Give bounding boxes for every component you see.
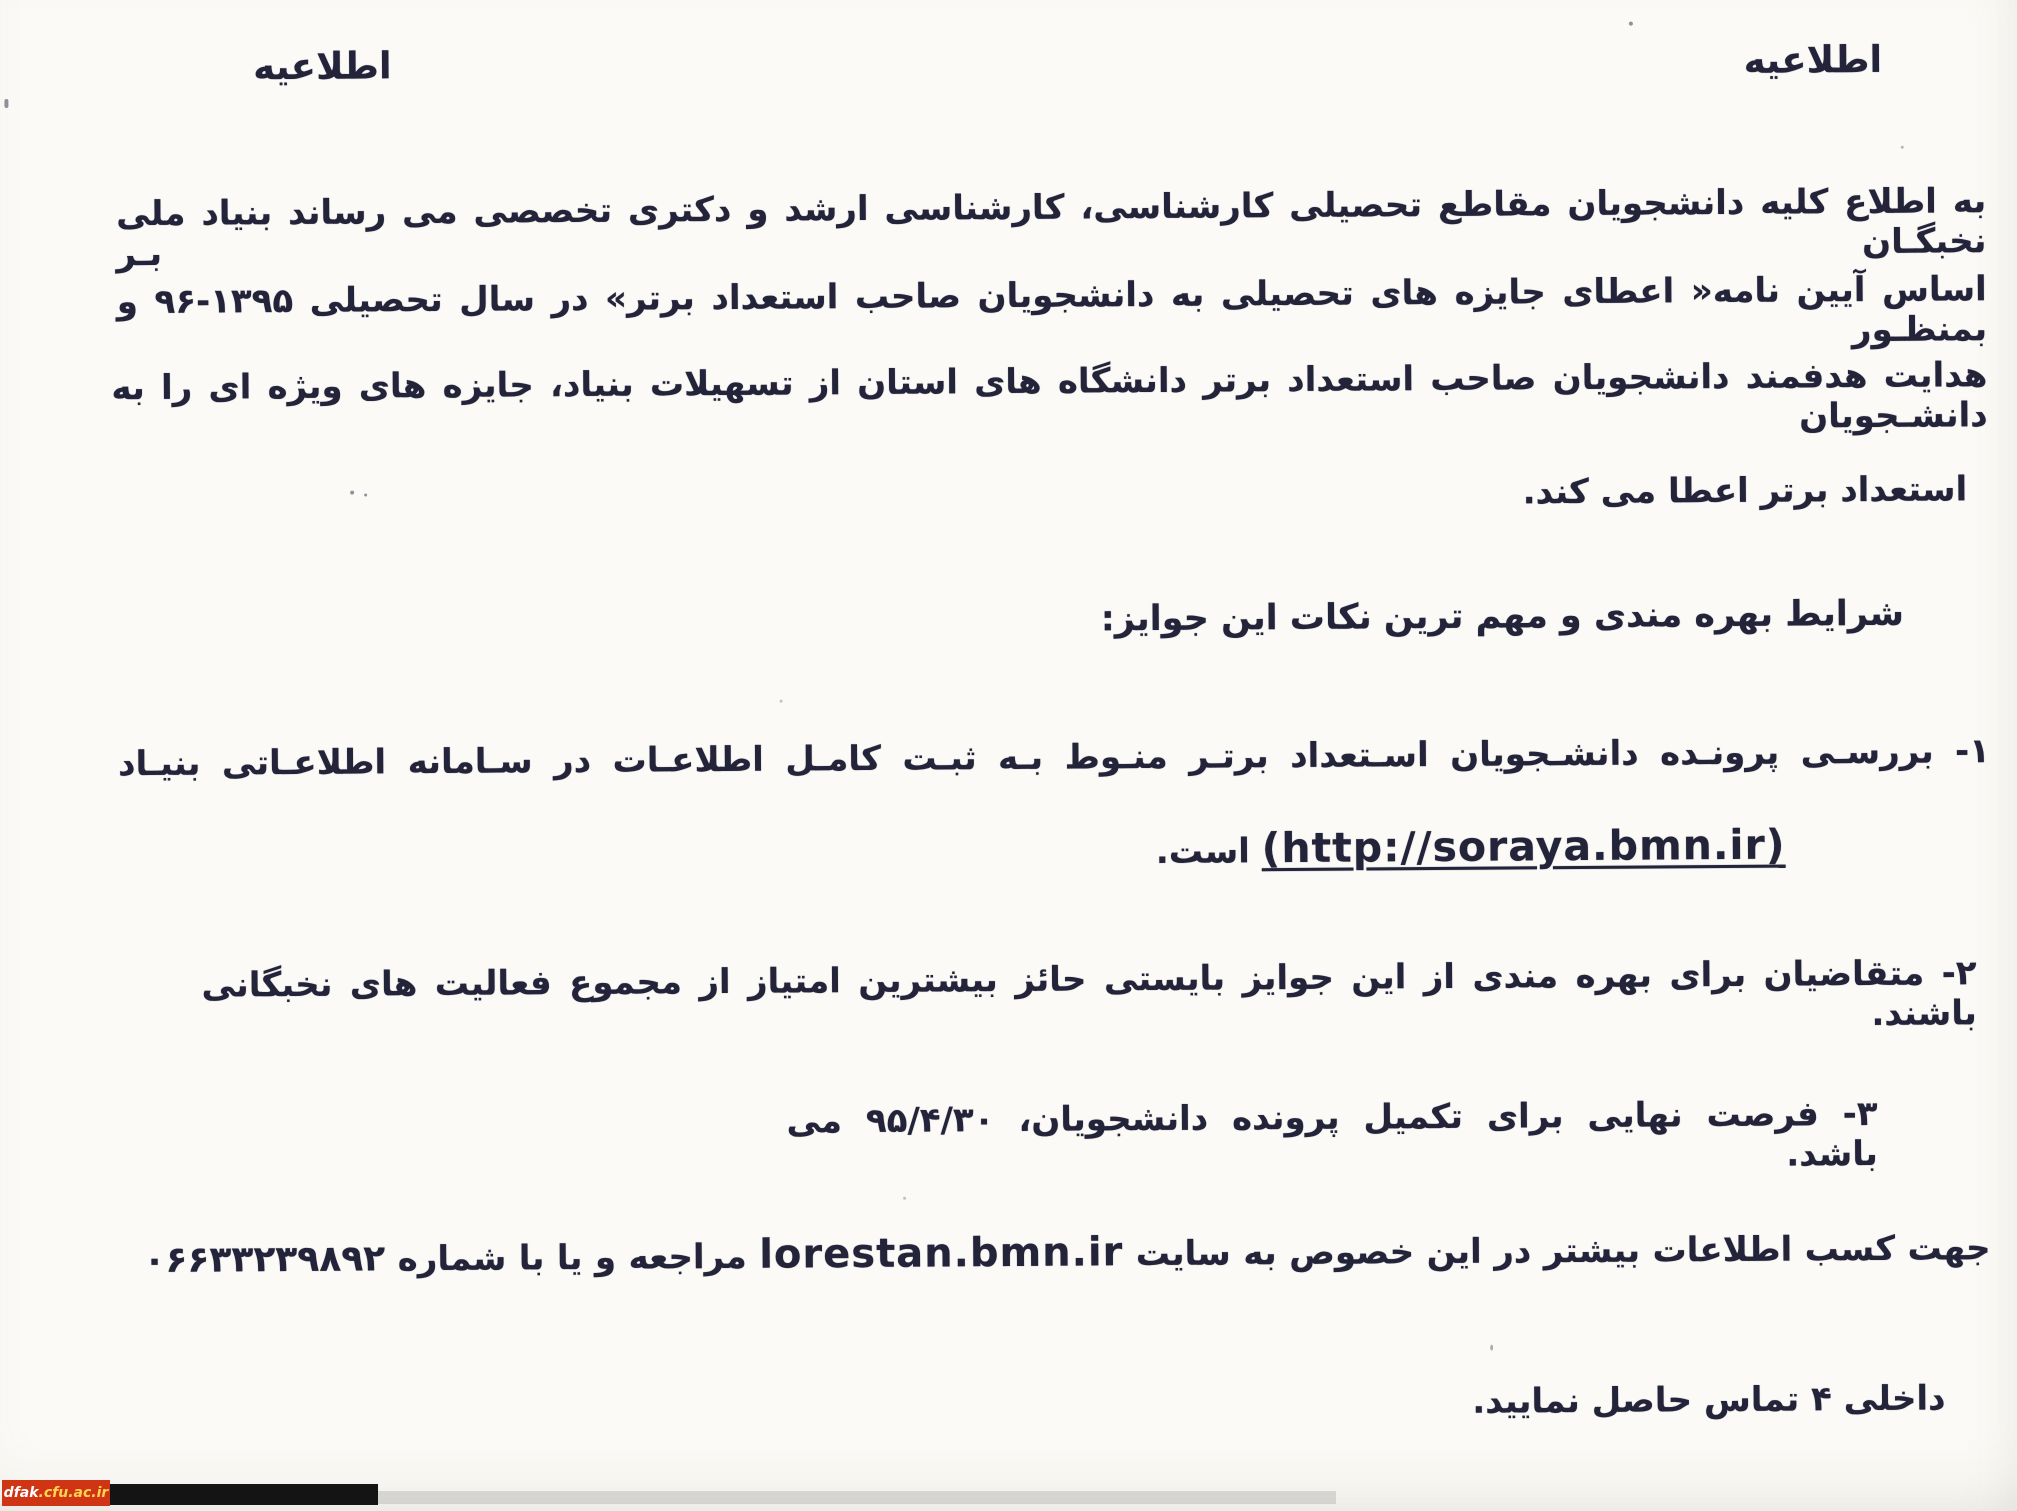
scan-content: اطلاعیه اطلاعیه به اطلاع کلیه دانشجویان … xyxy=(0,0,2017,1511)
item-1-line-2: (http://soraya.bmn.ir) است. xyxy=(1130,820,1810,873)
scanned-notice-page: اطلاعیه اطلاعیه به اطلاع کلیه دانشجویان … xyxy=(0,0,2017,1511)
watermark-black-bar xyxy=(110,1484,378,1505)
intro-line-1: به اطلاع کلیه دانشجویان مقاطع تحصیلی کار… xyxy=(116,181,1987,274)
intro-line-3: هدایت هدفمند دانشجویان صاحب استعداد برتر… xyxy=(111,355,1988,448)
intro-line-2: اساس آیین نامه« اعطای جایزه های تحصیلی ب… xyxy=(117,269,1988,362)
item-1-line-1: ۱- بررسـی پرونـده دانشـجویان اسـتعداد بر… xyxy=(118,731,1990,784)
bottom-scan-bar xyxy=(378,1491,1336,1504)
phone-number: ۰۶۶۳۳۲۳۹۸۹۲ xyxy=(143,1238,385,1281)
scan-speck xyxy=(780,700,783,703)
intro-line-4: استعداد برتر اعطا می کند. xyxy=(1523,469,1968,512)
scan-speck xyxy=(364,493,367,496)
item-3: ۳- فرصت نهایی برای تکمیل پرونده دانشجویا… xyxy=(786,1094,1878,1182)
scan-speck xyxy=(4,99,8,108)
footer-line-2: داخلی ۴ تماس حاصل نمایید. xyxy=(1472,1378,1946,1421)
page-title-left: اطلاعیه xyxy=(253,44,392,88)
footer-line-1-lead: جهت کسب اطلاعات بیشتر در این خصوص به سای… xyxy=(1136,1228,1991,1274)
lorestan-site-text: lorestan.bmn.ir xyxy=(759,1229,1123,1278)
watermark-suffix: .cfu.ac.ir xyxy=(39,1485,109,1501)
scan-speck xyxy=(903,1197,906,1200)
watermark-badge: dfak.cfu.ac.ir xyxy=(2,1480,110,1506)
page-title-right: اطلاعیه xyxy=(1744,38,1883,82)
footer-line-1-tail: مراجعه و یا با شماره xyxy=(398,1237,747,1279)
soraya-url: (http://soraya.bmn.ir) xyxy=(1261,821,1785,873)
footer-line-1: جهت کسب اطلاعات بیشتر در این خصوص به سای… xyxy=(143,1223,1990,1282)
item-2: ۲- متقاضیان برای بهره مندی از این جوایز … xyxy=(201,953,1977,1045)
scan-speck xyxy=(1490,1345,1493,1351)
watermark-prefix: dfak xyxy=(4,1485,39,1501)
scan-speck xyxy=(1629,22,1633,26)
scan-speck xyxy=(350,491,354,495)
intro-paragraph: به اطلاع کلیه دانشجویان مقاطع تحصیلی کار… xyxy=(0,0,2012,7)
conditions-heading: شرایط بهره مندی و مهم ترین نکات این جوای… xyxy=(1101,594,1905,640)
scan-speck xyxy=(1901,146,1904,149)
item-1-tail: است. xyxy=(1156,831,1250,872)
